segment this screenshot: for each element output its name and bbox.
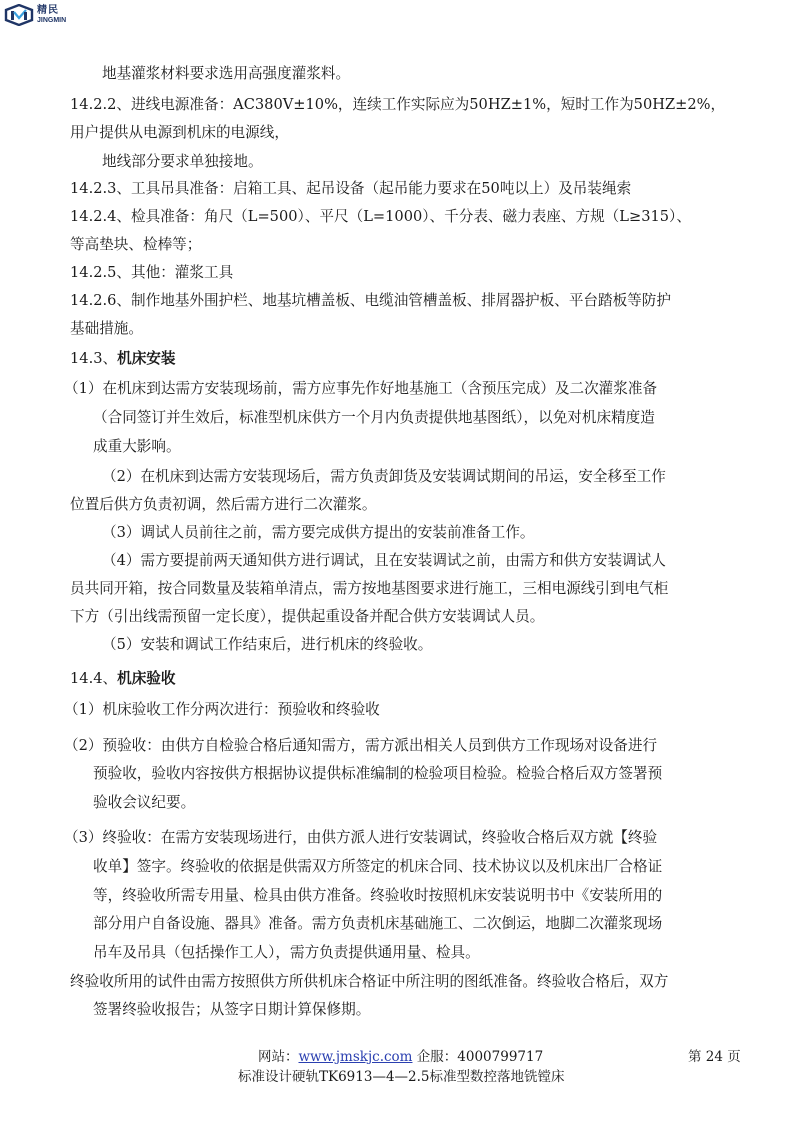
paragraph-14-2-5: 14.2.5、其他：灌浆工具 bbox=[70, 263, 233, 283]
footer-contact: 网站：www.jmskjc.com 企服：4000799717 bbox=[258, 1045, 543, 1065]
company-logo: 精民 JINGMIN bbox=[4, 4, 66, 26]
acceptance-item-3-cont2: 等，终验收所需专用量、检具由供方准备。终验收时按照机床安装说明书中《安装所用的 bbox=[93, 886, 662, 906]
install-item-1-cont2: 成重大影响。 bbox=[93, 437, 181, 457]
acceptance-item-1: （1）机床验收工作分两次进行：预验收和终验收 bbox=[64, 700, 380, 720]
install-item-5: （5）安装和调试工作结束后，进行机床的终验收。 bbox=[102, 635, 432, 655]
acceptance-item-3-cont3: 部分用户自备设施、器具》准备。需方负责机床基础施工、二次倒运，地脚二次灌浆现场 bbox=[93, 914, 662, 934]
paragraph-ground-wire: 地线部分要求单独接地。 bbox=[102, 152, 263, 172]
install-item-1: （1）在机床到达需方安装现场前，需方应事先作好地基施工（含预压完成）及二次灌浆准… bbox=[64, 379, 657, 399]
acceptance-item-3: （3）终验收：在需方安装现场进行，由供方派人进行安装调试，终验收合格后双方就【终… bbox=[64, 828, 657, 848]
install-item-4-cont2: 下方（引出线需预留一定长度），提供起重设备并配合供方安装调试人员。 bbox=[70, 607, 544, 627]
paragraph-14-2-3: 14.2.3、工具吊具准备：启箱工具、起吊设备（起吊能力要求在50吨以上）及吊装… bbox=[70, 179, 631, 199]
acceptance-item-2-cont: 预验收，验收内容按供方根据协议提供标准编制的检验项目检验。检验合格后双方签署预 bbox=[93, 764, 662, 784]
acceptance-item-3-cont: 收单】签字。终验收的依据是供需双方所签定的机床合同、技术协议以及机床出厂合格证 bbox=[93, 857, 662, 877]
section-number: 14.4、 bbox=[70, 670, 117, 687]
logo-english-name: JINGMIN bbox=[37, 17, 66, 24]
section-title: 机床安装 bbox=[117, 350, 175, 367]
acceptance-test-piece-cont: 签署终验收报告；从签字日期计算保修期。 bbox=[93, 1000, 370, 1020]
paragraph-14-2-6-cont: 基础措施。 bbox=[70, 319, 143, 339]
page-number: 第 24 页 bbox=[688, 1045, 741, 1065]
install-item-4-cont: 员共同开箱，按合同数量及装箱单清点，需方按地基图要求进行施工，三相电源线引到电气… bbox=[70, 579, 668, 599]
section-heading-14-3: 14.3、机床安装 bbox=[70, 349, 175, 369]
paragraph-14-2-6: 14.2.6、制作地基外围护栏、地基坑槽盖板、电缆油管槽盖板、排屑器护板、平台踏… bbox=[70, 291, 671, 311]
install-item-4: （4）需方要提前两天通知供方进行调试，且在安装调试之前，由需方和供方安装调试人 bbox=[102, 551, 666, 571]
paragraph-14-2-4-cont: 等高垫块、检棒等； bbox=[70, 235, 201, 255]
website-link[interactable]: www.jmskjc.com bbox=[299, 1049, 413, 1065]
install-item-3: （3）调试人员前往之前，需方要完成供方提出的安装前准备工作。 bbox=[102, 523, 535, 543]
install-item-1-cont: （合同签订并生效后，标准型机床供方一个月内负责提供地基图纸），以免对机床精度造 bbox=[93, 408, 655, 428]
acceptance-test-piece: 终验收所用的试件由需方按照供方所供机床合格证中所注明的图纸准备。终验收合格后，双… bbox=[70, 972, 668, 992]
paragraph-14-2-4: 14.2.4、检具准备：角尺（L=500）、平尺（L=1000）、千分表、磁力表… bbox=[70, 207, 691, 227]
document-title: 标准设计硬轨TK6913—4—2.5标准型数控落地铣镗床 bbox=[238, 1065, 565, 1085]
acceptance-item-3-cont4: 吊车及吊具（包括操作工人），需方负责提供通用量、检具。 bbox=[93, 943, 480, 963]
paragraph-14-2-2-cont: 用户提供从电源到机床的电源线， bbox=[70, 123, 289, 143]
acceptance-item-2-cont2: 验收会议纪要。 bbox=[93, 793, 195, 813]
service-phone: 4000799717 bbox=[457, 1049, 543, 1065]
paragraph-grout-material: 地基灌浆材料要求选用高强度灌浆料。 bbox=[102, 64, 350, 84]
acceptance-item-2: （2）预验收：由供方自检验合格后通知需方，需方派出相关人员到供方工作现场对设备进… bbox=[64, 736, 657, 756]
logo-chinese-name: 精民 bbox=[37, 6, 66, 16]
install-item-2: （2）在机床到达需方安装现场后，需方负责卸货及安装调试期间的吊运，安全移至工作 bbox=[102, 467, 666, 487]
paragraph-14-2-2: 14.2.2、进线电源准备：AC380V±10%，连续工作实际应为50HZ±1%… bbox=[70, 95, 725, 115]
section-heading-14-4: 14.4、机床验收 bbox=[70, 669, 175, 689]
service-label: 企服： bbox=[412, 1049, 457, 1065]
section-title: 机床验收 bbox=[117, 670, 175, 687]
website-label: 网站： bbox=[258, 1049, 299, 1065]
install-item-2-cont: 位置后供方负责初调，然后需方进行二次灌浆。 bbox=[70, 495, 376, 515]
section-number: 14.3、 bbox=[70, 350, 117, 367]
jingmin-logo-icon bbox=[4, 4, 34, 26]
